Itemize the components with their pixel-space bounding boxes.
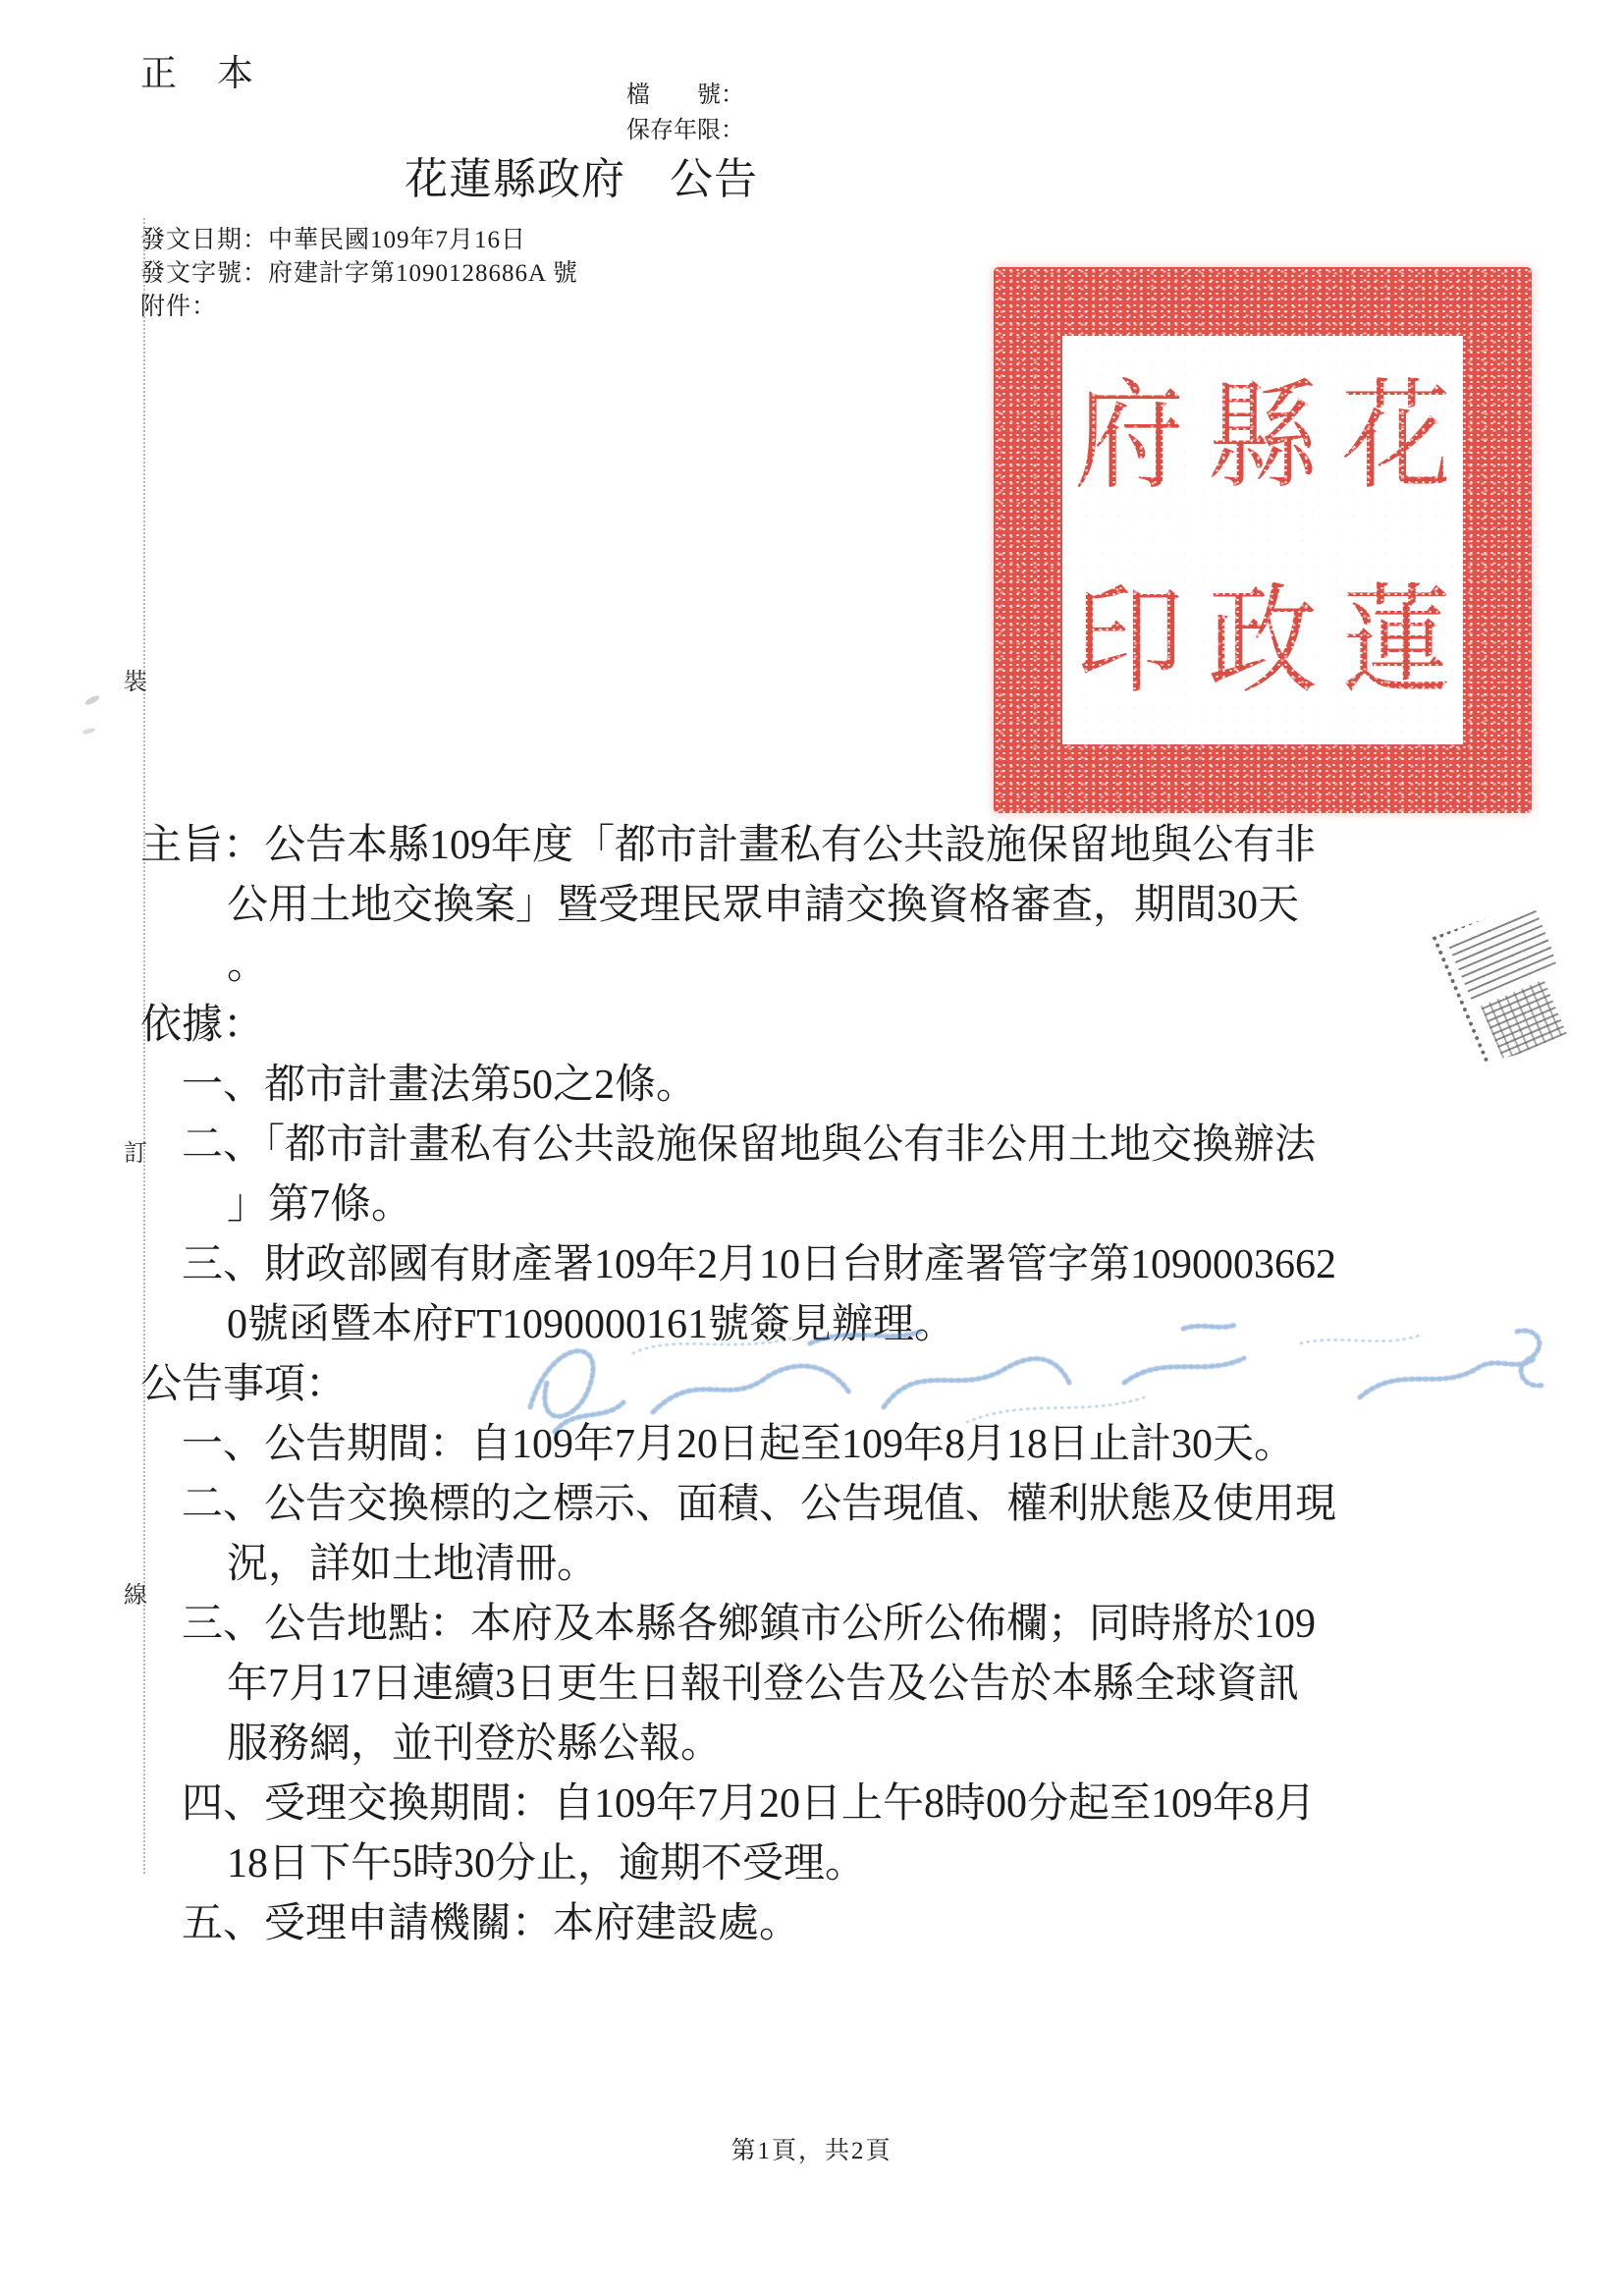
body-line: 」第7條。	[140, 1175, 1378, 1235]
body-line: 主旨：公告本縣109年度「都市計畫私有公共設施保留地與公有非	[140, 816, 1378, 876]
seal-char: 花	[1329, 328, 1463, 549]
body-line: 公用土地交換案」暨受理民眾申請交換資格審查，期間30天	[140, 876, 1378, 936]
seal-char: 蓮	[1329, 532, 1463, 753]
document-title: 花蓮縣政府 公告	[405, 143, 758, 206]
seal-char: 政	[1196, 532, 1329, 753]
body-line: 服務網，並刊登於縣公報。	[140, 1715, 1378, 1775]
issue-date-line: 發文日期：中華民國109年7月16日	[140, 224, 578, 257]
margin-smudge	[82, 727, 96, 735]
body-line: 公告事項：	[140, 1355, 1378, 1415]
seal-char: 印	[1062, 532, 1196, 753]
page: { "document": { "copy_label": "正 本", "fi…	[0, 0, 1623, 2296]
body-line: 二、公告交換標的之標示、面積、公告現值、權利狀態及使用現	[140, 1475, 1378, 1535]
body-line: 一、公告期間：自109年7月20日起至109年8月18日止計30天。	[140, 1415, 1378, 1475]
issuance-meta: 發文日期：中華民國109年7月16日 發文字號：府建計字第1090128686A…	[140, 224, 578, 324]
stamp-fragment	[1432, 894, 1594, 1076]
body-line: 二、「都市計畫私有公共設施保留地與公有非公用土地交換辦法	[140, 1116, 1378, 1175]
page-footer: 第1頁，共2頁	[0, 2131, 1623, 2166]
body-line: 四、受理交換期間：自109年7月20日上午8時00分起至109年8月	[140, 1775, 1378, 1834]
body-line: 18日下午5時30分止，逾期不受理。	[140, 1834, 1378, 1894]
stamp-fragment-texture	[1481, 979, 1567, 1061]
body-line: 年7月17日連續3日更生日報刊登公告及公告於本縣全球資訊	[140, 1655, 1378, 1715]
copy-label: 正 本	[140, 43, 255, 96]
seal-char: 府	[1062, 328, 1196, 549]
body-line: 依據：	[140, 996, 1378, 1056]
body-line: 五、受理申請機關：本府建設處。	[140, 1894, 1378, 1954]
body-line: 0號函暨本府FT1090000161號簽見辦理。	[140, 1295, 1378, 1355]
file-number-label: 檔 號：	[626, 75, 744, 109]
announcement-body: 主旨：公告本縣109年度「都市計畫私有公共設施保留地與公有非 公用土地交換案」暨…	[140, 816, 1378, 1954]
official-seal: 府 縣 花 印 政 蓮	[994, 267, 1532, 813]
body-line: 一、都市計畫法第50之2條。	[140, 1056, 1378, 1116]
doc-number-line: 發文字號：府建計字第1090128686A 號	[140, 257, 578, 291]
attachment-line: 附件：	[140, 291, 578, 324]
seal-char: 縣	[1196, 328, 1329, 549]
body-line: 三、公告地點：本府及本縣各鄉鎮市公所公佈欄；同時將於109	[140, 1595, 1378, 1655]
body-line: 。	[140, 936, 1378, 996]
retention-period-label: 保存年限：	[626, 110, 744, 144]
official-seal-face: 府 縣 花 印 政 蓮	[1062, 336, 1463, 744]
margin-smudge	[84, 694, 101, 707]
body-line: 況，詳如土地清冊。	[140, 1535, 1378, 1595]
body-line: 三、財政部國有財產署109年2月10日台財產署管字第1090003662	[140, 1235, 1378, 1295]
binding-label-zhuang: 裝	[114, 662, 157, 696]
